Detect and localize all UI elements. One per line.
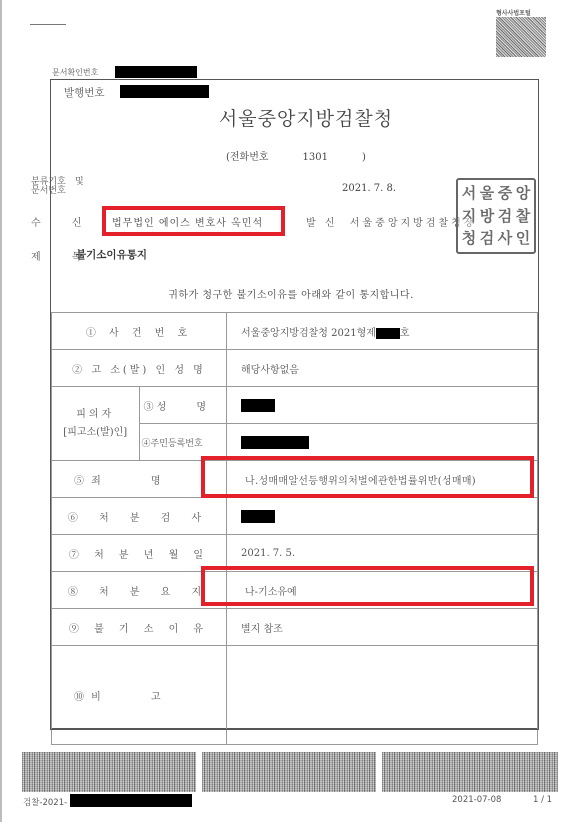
suspect-name-label: ③ 성 명: [139, 387, 227, 424]
seal-glyph: 서: [460, 182, 478, 205]
disposition-highlight: [201, 566, 534, 606]
remarks-value: [227, 646, 538, 745]
non-indictment-reason-value: 별지 참조: [227, 609, 538, 646]
seal-glyph: 울: [478, 182, 496, 205]
sender-line: 발 신 서울중앙지방검찰청장: [306, 214, 476, 229]
classification-label: 분류기호 문서번호 및: [31, 178, 66, 196]
recipient: 법무법인 에이스 변호사 옥민석: [112, 214, 263, 229]
notice-text: 귀하가 청구한 불기소이유를 아래와 같이 통지합니다.: [0, 286, 582, 301]
footer-doc-code: 검찰-2021-: [23, 796, 67, 808]
suspect-label: 피의자: [52, 406, 139, 424]
disposition-table: ① 사 건 번 호 서울중앙지방검찰청 2021형제호 ② 고 소(발) 인 성…: [51, 312, 538, 745]
seal-glyph: 찰: [514, 205, 532, 228]
prosecutor-label: ⑥ 처 분 검 사: [52, 498, 227, 535]
non-indictment-reason-label: ⑨ 불 기 소 이 유: [52, 609, 227, 646]
seal-glyph: 지: [460, 205, 478, 228]
doc-code-prefix: 검찰-2021-: [23, 798, 67, 808]
office-title: 서울중앙지방검찰청: [0, 104, 582, 131]
barcode-2: [202, 752, 376, 792]
footer-date: 2021-07-08: [452, 795, 501, 805]
recipient-label: 수 신: [31, 214, 96, 229]
barcode-3: [382, 752, 558, 792]
case-number-value: 서울중앙지방검찰청 2021형제호: [227, 313, 538, 350]
scan-mark: [30, 24, 66, 25]
issue-number-redaction: [120, 85, 209, 98]
complainant-label: ② 고 소(발) 인 성 명: [52, 350, 227, 387]
seal-glyph: 검: [478, 227, 496, 250]
seal-glyph: 앙: [514, 182, 532, 205]
case-number-prefix: 서울중앙지방검찰청 2021형제: [241, 328, 376, 339]
prosecutor-value: [227, 498, 538, 535]
suspect-name-redaction: [241, 399, 275, 412]
table-row: ⑩ 비 고: [52, 646, 538, 745]
case-number-suffix: 호: [400, 328, 410, 339]
resident-number-label: ④주민등록번호: [139, 424, 227, 461]
document-date: 2021. 7. 8.: [342, 183, 396, 194]
seal-glyph: 중: [496, 182, 514, 205]
table-row: ⑨ 불 기 소 이 유 별지 참조: [52, 609, 538, 646]
phone-number: 1301: [303, 152, 328, 163]
doc-confirm-label: 문서확인번호: [52, 67, 98, 78]
remarks-label: ⑩ 비 고: [52, 646, 227, 745]
doc-confirm-redaction: [115, 66, 197, 78]
case-number-label: ① 사 건 번 호: [52, 313, 227, 350]
official-seal: 서울중앙지방검찰청검사인: [456, 178, 536, 254]
subject: 불기소이유통지: [76, 247, 147, 262]
table-row: 피의자 [피고소(발)인] ③ 성 명: [52, 387, 538, 424]
doc-code-redaction: [70, 794, 192, 807]
qr-label: 형사사법포털: [496, 8, 531, 17]
phone-close: ): [362, 152, 366, 163]
table-row: ⑥ 처 분 검 사: [52, 498, 538, 535]
prosecutor-redaction: [241, 510, 275, 523]
case-number-redaction: [376, 328, 400, 339]
seal-glyph: 방: [478, 205, 496, 228]
footer-page: 1 / 1: [533, 795, 552, 805]
seal-glyph: 청: [460, 227, 478, 250]
table-row: ① 사 건 번 호 서울중앙지방검찰청 2021형제호: [52, 313, 538, 350]
issue-number-label: 발행번호: [64, 85, 105, 100]
seal-glyph: 검: [496, 205, 514, 228]
barcode-1: [22, 752, 196, 792]
seal-glyph: 사: [496, 227, 514, 250]
table-row: ② 고 소(발) 인 성 명 해당사항없음: [52, 350, 538, 387]
resident-number-value: [227, 424, 538, 461]
seal-glyph: 인: [514, 227, 532, 250]
accused-label: [피고소(발)인]: [52, 424, 139, 442]
charge-highlight: [201, 456, 534, 498]
phone-label: (전화번호: [226, 152, 269, 163]
classification-line2: 문서번호: [31, 187, 66, 196]
suspect-name-value: [227, 387, 538, 424]
complainant-value: 해당사항없음: [227, 350, 538, 387]
suspect-group-label: 피의자 [피고소(발)인]: [52, 387, 140, 461]
resident-number-redaction: [241, 436, 309, 449]
sender-label: 발 신: [306, 218, 338, 229]
qr-code: [496, 17, 546, 57]
phone-line: (전화번호1301): [226, 148, 366, 163]
classification-and: 및: [75, 178, 84, 187]
